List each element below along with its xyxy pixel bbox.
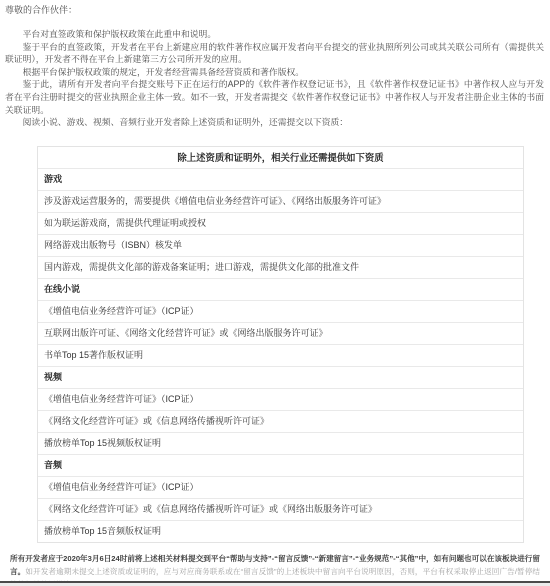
category-row-video: 视频 <box>38 366 523 388</box>
intro-paragraphs: 平台对直签政策和保护版权政策在此重申和说明。 鉴于平台的直签政策，开发者在平台上… <box>5 28 544 129</box>
requirement-row: 播放榜单Top 15视频版权证明 <box>38 432 523 454</box>
requirement-row: 网络游戏出版物号（ISBN）核发单 <box>38 234 523 256</box>
requirement-row: 播放榜单Top 15音频版权证明 <box>38 520 523 542</box>
table-header-row: 除上述资质和证明外，相关行业还需提供如下资质 <box>38 147 523 168</box>
greeting: 尊敬的合作伙伴： <box>5 4 544 17</box>
requirement-row: 国内游戏，需提供文化部的游戏备案证明；进口游戏，需提供文化部的批准文件 <box>38 256 523 278</box>
notice-document: 尊敬的合作伙伴： 平台对直签政策和保护版权政策在此重申和说明。 鉴于平台的直签政… <box>0 0 550 586</box>
qualifications-table: 除上述资质和证明外，相关行业还需提供如下资质 游戏 涉及游戏运营服务的，需要提供… <box>37 146 524 543</box>
requirement-row: 《增值电信业务经营许可证》（ICP证） <box>38 300 523 322</box>
notice-page: { "colors": { "body_text": "#4d4d4d", "t… <box>0 0 550 586</box>
category-row-game: 游戏 <box>38 168 523 190</box>
requirement-row: 如为联运游戏商，需提供代理证明或授权 <box>38 212 523 234</box>
requirement-row: 书单Top 15著作版权证明 <box>38 344 523 366</box>
category-row-audio: 音频 <box>38 454 523 476</box>
intro-paragraph: 鉴于平台的直签政策，开发者在平台上新建应用的软件著作权应属开发者向平台提交的营业… <box>5 41 544 66</box>
intro-paragraph: 根据平台保护版权政策的规定，开发者经营需具备经营资质和著作版权。 <box>5 66 544 79</box>
intro-paragraph: 平台对直签政策和保护版权政策在此重申和说明。 <box>5 28 544 41</box>
requirement-row: 《网络文化经营许可证》或《信息网络传播视听许可证》或《网络出版服务许可证》 <box>38 498 523 520</box>
requirement-row: 《网络文化经营许可证》或《信息网络传播视听许可证》 <box>38 410 523 432</box>
requirement-row: 互联网出版许可证、《网络文化经营许可证》或《网络出版服务许可证》 <box>38 322 523 344</box>
intro-paragraph: 阅读小说、游戏、视频、音频行业开发者除上述资质和证明外，还需提交以下资质： <box>5 116 544 129</box>
requirement-row: 《增值电信业务经营许可证》（ICP证） <box>38 476 523 498</box>
requirement-row: 《增值电信业务经营许可证》（ICP证） <box>38 388 523 410</box>
intro-paragraph: 鉴于此，请所有开发者向平台提交账号下正在运行的APP的《软件著作权登记证书》，且… <box>5 78 544 116</box>
category-row-novel: 在线小说 <box>38 278 523 300</box>
requirement-row: 涉及游戏运营服务的，需要提供《增值电信业务经营许可证》、《网络出版服务许可证》 <box>38 190 523 212</box>
